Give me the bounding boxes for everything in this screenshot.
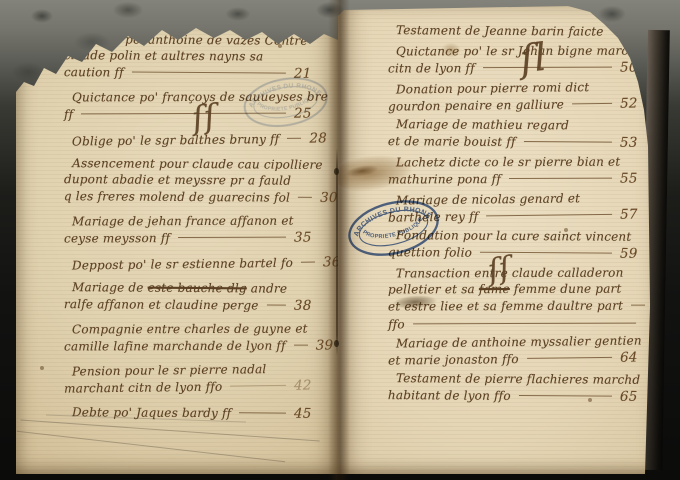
folio-number: 55 xyxy=(620,170,644,188)
index-entry: Testament de pierre flachieres marchdhab… xyxy=(396,371,644,407)
index-entry: Compagnie entre charles de guyne etcamil… xyxy=(72,321,318,356)
entry-text: Lachetz dicte co le sr pierre bian et xyxy=(396,155,620,170)
entry-text: camille lafine marchande de lyon ff xyxy=(64,338,286,355)
entry-line: Assencement pour claude cau cipolliere xyxy=(72,155,318,173)
leader-line xyxy=(298,197,312,198)
entry-text: Mariage de mathieu regard xyxy=(396,117,569,132)
leader-line xyxy=(132,72,286,74)
leader-line xyxy=(239,412,286,413)
leader-line xyxy=(301,261,315,262)
page-crease xyxy=(17,431,285,463)
entry-text: mathurine pona ff xyxy=(388,171,501,188)
entry-line: et estre liee et sa femme daultre part60 xyxy=(388,297,644,316)
leader-line xyxy=(612,31,626,32)
binding-stitch xyxy=(334,340,339,347)
entry-line: mathurine pona ff55 xyxy=(388,170,644,189)
entry-text: et de marie bouist ff xyxy=(388,133,516,150)
index-entry: Mariage de este bauche dlg andreralfe af… xyxy=(72,279,318,315)
entry-text: q les freres molend de guarecins fol xyxy=(64,188,290,206)
index-entry: Pension pour le sr pierre nadalmarchant … xyxy=(72,361,318,398)
entry-text: Assencement pour claude cau cipolliere xyxy=(72,156,323,172)
entry-text: caution ff xyxy=(64,64,124,81)
ink-stain xyxy=(339,160,385,181)
entry-text: Compagnie entre charles de guyne et xyxy=(72,322,308,337)
entry-text: Testament de Jeanne barin faicte xyxy=(396,22,604,40)
entry-line: marchant citn de lyon ffo42 xyxy=(64,377,318,398)
leader-line xyxy=(480,252,612,254)
entry-line: camille lafine marchande de lyon ff39 xyxy=(64,337,318,356)
leader-line xyxy=(294,345,308,346)
entry-line: Mariage de mathieu regard xyxy=(396,116,644,134)
entry-text: Mariage de jehan france affanon et xyxy=(72,214,294,229)
leader-line xyxy=(509,178,612,179)
entry-line: Transaction entre claude calladeron xyxy=(396,265,644,282)
entry-line: Testament de pierre flachieres marchd xyxy=(396,371,644,389)
leader-line xyxy=(178,237,286,238)
leader-line xyxy=(267,304,286,305)
stamp-bottom-text: • PROPRIETE PUBLIQUE • xyxy=(340,189,428,250)
leader-line xyxy=(572,103,612,104)
leader-line xyxy=(486,214,612,217)
entry-text: claude polin et aultres nayns sa xyxy=(64,48,263,63)
ink-spot xyxy=(40,366,44,370)
entry-line: et marie jonaston ffo64 xyxy=(388,349,644,370)
entry-line: Compagnie entre charles de guyne et xyxy=(72,321,318,338)
entry-text: habitant de lyon ffo xyxy=(388,388,511,405)
manuscript-scan: Caution po' anthoine de vazes Contreclau… xyxy=(0,0,680,480)
entry-line: Quictance po' le sr Jehan bigne marchd xyxy=(396,42,644,59)
index-entry: Donation pour pierre romi dictgourdon pe… xyxy=(396,78,644,115)
entry-text: Transaction entre claude calladeron xyxy=(396,266,624,281)
entry-text: gourdon penaire en galliure xyxy=(388,97,564,115)
leader-line xyxy=(230,385,286,387)
index-entry: Debte po' Jaques bardy ff45 xyxy=(72,403,318,423)
entry-tail-line: ffo xyxy=(388,315,644,332)
entry-text: et estre liee et sa femme daultre part xyxy=(388,298,623,315)
folio-number: 65 xyxy=(620,388,644,406)
folio-number: 38 xyxy=(294,297,318,315)
leader-line xyxy=(519,396,612,398)
entry-line: Mariage de este bauche dlg andre xyxy=(72,279,318,297)
left-page: Caution po' anthoine de vazes Contreclau… xyxy=(16,22,338,474)
page-crease xyxy=(20,420,319,442)
entry-text: Mariage de anthoine myssalier gentien xyxy=(396,334,642,351)
struck-text: este bauche dlg xyxy=(148,280,247,295)
entry-line: dupont abadie et meyssre pr a fauld xyxy=(64,171,318,189)
leader-line xyxy=(483,67,612,68)
entry-line: ralfe affanon et claudine perge38 xyxy=(64,295,318,315)
folio-number: 64 xyxy=(620,349,644,368)
entry-line: pelletier et sa fame femme dune part xyxy=(388,281,644,298)
folio-number: 39 xyxy=(316,337,334,355)
entry-line: gourdon penaire en galliure52 xyxy=(388,95,644,116)
entry-text: Donation pour pierre romi dict xyxy=(396,80,590,96)
leader-line xyxy=(524,141,612,143)
index-entry: Lachetz dicte co le sr pierre bian etmat… xyxy=(396,154,644,189)
folio-number: 52 xyxy=(620,95,644,114)
entry-line: citn de lyon ff50 xyxy=(388,59,644,78)
entry-text: marchant citn de lyon ffo xyxy=(64,379,222,397)
ink-spot xyxy=(278,44,282,48)
entry-text: Debte po' Jaques bardy ff xyxy=(72,404,231,421)
ink-spot xyxy=(588,398,592,402)
entry-text: citn de lyon ff xyxy=(388,60,475,76)
struck-text: fame xyxy=(479,282,510,296)
entry-line: Testament de Jeanne barin faicte48 xyxy=(396,21,644,41)
entry-line: et de marie bouist ff53 xyxy=(388,132,644,152)
leader-line xyxy=(631,305,645,306)
entry-text: Caution po' anthoine de vazes Contre xyxy=(72,32,308,48)
index-entry: Mariage de jehan france affanon etceyse … xyxy=(72,213,318,248)
entry-line: q les freres molend de guarecins fol30 xyxy=(64,187,318,207)
folio-number: 53 xyxy=(620,134,644,152)
folio-number: 59 xyxy=(620,245,644,263)
folio-number: 28 xyxy=(309,129,327,147)
index-entry: Testament de Jeanne barin faicte48 xyxy=(396,21,644,41)
folio-number: 57 xyxy=(620,206,644,225)
entry-text: pelletier et sa fame femme dune part xyxy=(388,282,622,297)
entry-text: ceyse meysson ff xyxy=(64,231,170,248)
entry-line: Debte po' Jaques bardy ff45 xyxy=(72,403,318,423)
svg-text:• PROPRIETE PUBLIQUE •: • PROPRIETE PUBLIQUE • xyxy=(340,189,428,250)
binding-fold-line xyxy=(336,148,338,356)
index-entry: Caution po' anthoine de vazes Contreclau… xyxy=(72,31,318,83)
entry-line: habitant de lyon ffo65 xyxy=(388,387,644,407)
entry-text: ralfe affanon et claudine perge xyxy=(64,296,259,314)
entry-line: ceyse meysson ff35 xyxy=(64,229,318,248)
index-entry: Transaction entre claude calladeronpelle… xyxy=(396,265,644,333)
entry-text: ff xyxy=(64,107,73,123)
index-entry: Mariage de mathieu regardet de marie bou… xyxy=(396,116,644,152)
entry-text: Quictance po' le sr Jehan bigne marchd xyxy=(396,43,644,58)
entry-text: dupont abadie et meyssre pr a fauld xyxy=(64,172,291,188)
entry-line: Mariage de jehan france affanon et xyxy=(72,213,318,230)
index-entry: Mariage de anthoine myssalier gentienet … xyxy=(396,333,644,370)
entry-text: Pension pour le sr pierre nadal xyxy=(72,363,267,379)
entry-line: Lachetz dicte co le sr pierre bian et xyxy=(396,154,644,171)
ink-spot xyxy=(564,228,568,232)
right-page: Testament de Jeanne barin faicte48Quicta… xyxy=(338,6,662,474)
folio-number: 50 xyxy=(620,59,644,77)
folio-number: 45 xyxy=(294,404,318,422)
leader-line xyxy=(413,322,636,324)
entry-line: Deppost po' le sr estienne bartel fo36 xyxy=(72,253,318,274)
binding-stitch xyxy=(334,168,339,175)
leader-line xyxy=(527,358,612,360)
index-entry: Assencement pour claude cau cipollieredu… xyxy=(72,155,318,207)
entry-text: Mariage de este bauche dlg andre xyxy=(72,280,287,296)
entry-text: ffo xyxy=(388,316,405,332)
entry-text: Testament de pierre flachieres marchd xyxy=(396,372,640,388)
leader-line xyxy=(287,137,301,138)
entry-line: claude polin et aultres nayns sa xyxy=(64,47,318,65)
folio-number: 35 xyxy=(294,229,318,247)
index-entry: Quictance po' le sr Jehan bigne marchdci… xyxy=(396,42,644,77)
entry-text: Deppost po' le sr estienne bartel fo xyxy=(72,254,293,273)
folio-number: 42 xyxy=(294,377,318,396)
index-entry: Deppost po' le sr estienne bartel fo36 xyxy=(72,253,318,274)
entry-text: et marie jonaston ffo xyxy=(388,352,519,370)
